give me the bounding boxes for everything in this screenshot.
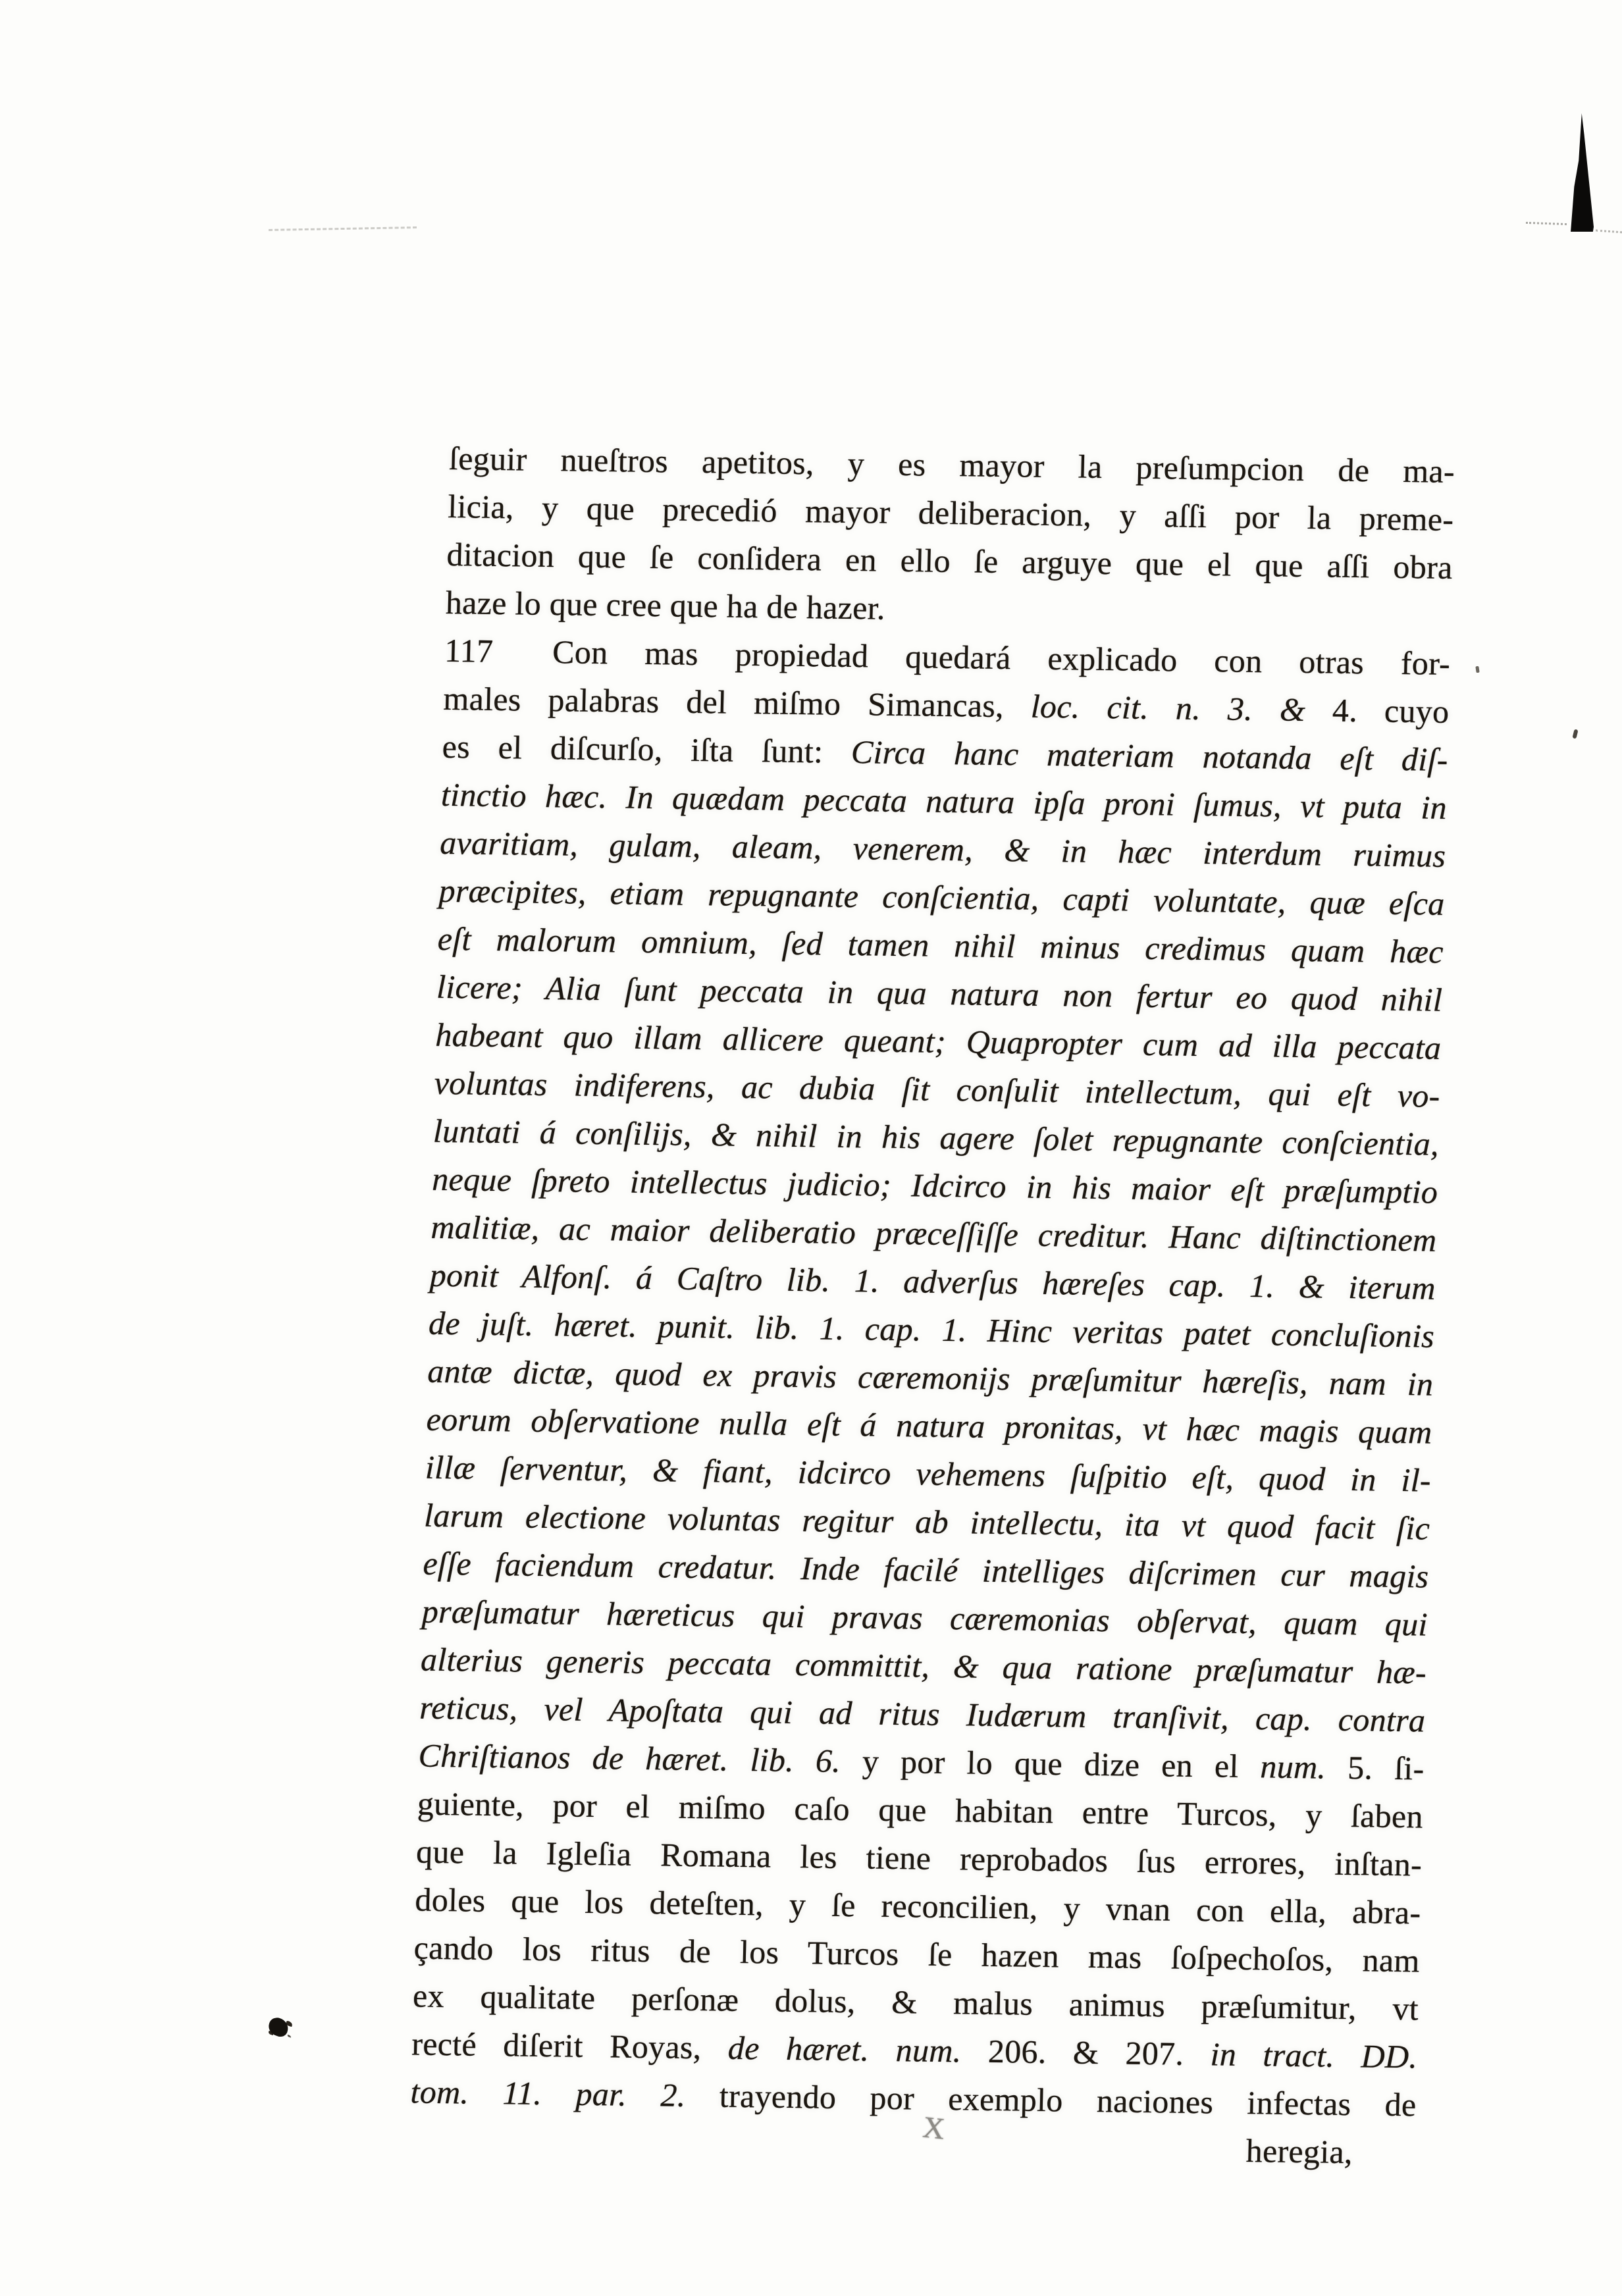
text-segment: 117 xyxy=(444,632,494,669)
text-segment: tinctio hæc. In quædam peccata natura ip… xyxy=(440,776,1447,826)
text-block: ſeguir nueſtros apetitos, y es mayor la … xyxy=(409,434,1455,2177)
text-segment: Con mas propiedad quedará explicado con … xyxy=(552,633,1451,682)
text-segment: licia, y que precedió mayor deliberacion… xyxy=(448,488,1454,538)
text-segment: præcipites, etiam repugnante conſcientia… xyxy=(438,872,1445,922)
text-segment: larum electione voluntas regitur ab inte… xyxy=(424,1497,1430,1547)
text-segment: eſſe faciendum credatur. Inde facilé int… xyxy=(423,1545,1429,1595)
text-segment: 5. ſi- xyxy=(1326,1749,1425,1787)
text-segment: 4. cuyo xyxy=(1305,691,1450,730)
dust-line xyxy=(1596,230,1622,234)
margin-speck xyxy=(1572,729,1578,739)
text-segment: voluntas indiferens, ac dubia ſit conſul… xyxy=(434,1064,1440,1114)
text-segment: tom. 11. par. 2. xyxy=(410,2073,720,2114)
text-segment: præſumatur hæreticus qui pravas cæremoni… xyxy=(421,1593,1428,1643)
text-segment: de hæret. num. xyxy=(727,2029,962,2070)
text-segment: trayendo por exemplo naciones infectas d… xyxy=(719,2077,1417,2124)
text-segment: que la Igleſia Romana les tiene reprobad… xyxy=(416,1833,1423,1883)
text-segment: ponit Alfonſ. á Caſtro lib. 1. adverſus … xyxy=(429,1257,1436,1307)
text-segment: eſt malorum omnium, ſed tamen nihil minu… xyxy=(437,920,1444,970)
ink-spike-mark xyxy=(1569,113,1594,232)
text-segment: heregia, xyxy=(1245,2132,1353,2170)
indent-spacer xyxy=(493,662,552,663)
text-segment: num. xyxy=(1260,1748,1326,1785)
margin-speck xyxy=(1475,666,1479,673)
text-segment: avaritiam, gulam, aleam, venerem, & in h… xyxy=(440,824,1446,874)
text-segment: doles que los deteſten, y ſe reconcilien… xyxy=(415,1881,1421,1931)
text-segment: de juſt. hæret. punit. lib. 1. cap. 1. H… xyxy=(429,1305,1435,1355)
text-segment: males palabras del miſmo Simancas, xyxy=(443,680,1032,725)
book-page-scan: X ſeguir nueſtros apetitos, y es mayor l… xyxy=(0,0,1622,2296)
text-segment: reticus, vel Apoſtata qui ad ritus Iudær… xyxy=(419,1689,1426,1739)
text-segment: haze lo que cree que ha de hazer. xyxy=(445,584,885,627)
text-segment: licere; Alia ſunt peccata in qua natura … xyxy=(436,968,1443,1018)
text-segment: habeant quo illam allicere queant; Quapr… xyxy=(435,1016,1442,1066)
text-segment: eorum obſervatione nulla eſt á natura pr… xyxy=(426,1401,1432,1451)
text-segment: Chriſtianos de hæret. lib. 6. xyxy=(418,1737,841,1779)
text-segment: loc. cit. n. 3. & xyxy=(1030,688,1306,728)
text-segment: y por lo que dize en el xyxy=(840,1742,1261,1785)
text-segment: malitiæ, ac maior deliberatio præceſſiſſ… xyxy=(431,1209,1437,1259)
dust-line xyxy=(269,226,417,231)
text-segment: alterius generis peccata committit, & qu… xyxy=(420,1641,1426,1691)
dust-line xyxy=(1526,222,1567,225)
text-segment: Circa hanc materiam notanda eſt diſ- xyxy=(850,733,1448,778)
text-segment: neque ſpreto intellectus judicio; Idcirc… xyxy=(432,1161,1438,1211)
ink-blot xyxy=(267,2016,291,2039)
text-segment: ex qualitate perſonæ dolus, & malus anim… xyxy=(412,1977,1419,2027)
text-segment: illæ ſerventur, & fiant, idcirco vehemen… xyxy=(425,1449,1431,1499)
text-segment: 206. & 207. xyxy=(961,2032,1211,2072)
text-segment: ditacion que ſe conſidera en ello ſe arg… xyxy=(446,536,1453,586)
text-segment: antæ dictæ, quod ex pravis cæremonijs pr… xyxy=(427,1353,1434,1403)
text-segment: in tract. DD. xyxy=(1210,2035,1418,2075)
text-segment: recté diſerit Royas, xyxy=(411,2025,729,2066)
text-segment: es el diſcurſo, iſta ſunt: xyxy=(442,728,851,770)
text-segment: çando los ritus de los Turcos ſe hazen m… xyxy=(413,1929,1420,1979)
text-segment: guiente, por el miſmo caſo que habitan e… xyxy=(417,1785,1423,1835)
text-segment: luntati á conſilijs, & nihil in his ager… xyxy=(432,1112,1439,1162)
text-segment: ſeguir nueſtros apetitos, y es mayor la … xyxy=(448,440,1455,490)
